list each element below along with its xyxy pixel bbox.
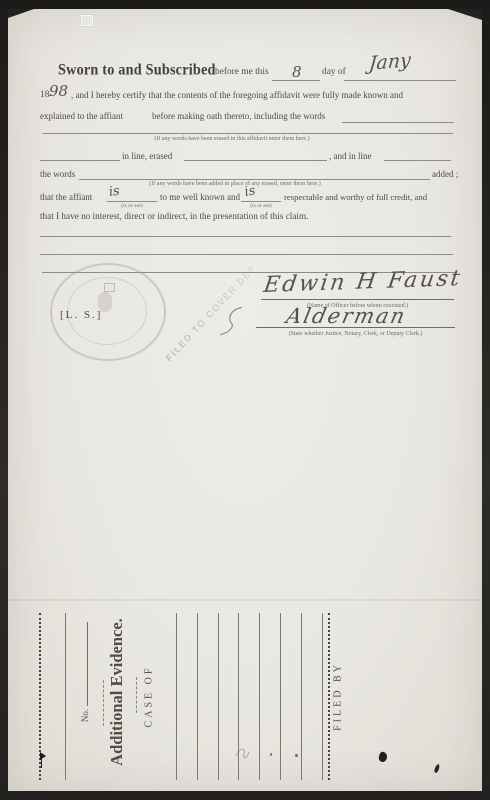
capacity-signature-rule	[256, 327, 455, 328]
capacity-signature-caption: (State whether Justice, Notary, Clerk, o…	[256, 331, 455, 338]
ink-dot-1	[270, 753, 272, 756]
erased-words-caption: (If any words have been erased in this a…	[112, 136, 352, 143]
no-interest-line: that I have no interest, direct or indir…	[40, 211, 308, 221]
is-or-are-caption-1: (is or are)	[107, 203, 157, 209]
ink-dot-2	[295, 754, 298, 757]
docket-rule-4	[218, 613, 219, 780]
certify-line: , and I hereby certify that the contents…	[71, 90, 403, 100]
year-printed-prefix: 18	[40, 90, 49, 100]
the-words-label: the words	[40, 169, 75, 179]
docket-filed-by-label: FILED BY	[333, 657, 346, 737]
and-in-line-label: , and in line	[329, 151, 372, 161]
docket-dash-rule-b	[136, 677, 137, 713]
affiant-blank-rule-1	[107, 201, 157, 202]
in-line-erased-label: in line, erased	[122, 151, 172, 161]
erased-blank-rule	[184, 160, 327, 161]
affiant-line-prefix: that the affiant	[40, 192, 92, 202]
month-blank-rule	[344, 80, 456, 81]
added-label: added ;	[432, 169, 458, 179]
is-or-are-caption-2: (is or are)	[239, 203, 283, 209]
added-words-caption: (If any words have been added in place o…	[70, 181, 400, 188]
docket-rule-7	[280, 613, 281, 780]
pencil-squiggle	[234, 742, 250, 760]
explained-line-left: explained to the affiant	[40, 111, 123, 121]
explained-line-right: before making oath thereto, including th…	[152, 111, 325, 121]
handwritten-month: Jany	[368, 49, 412, 75]
docket-no-underline	[87, 622, 88, 706]
docket-rule-8	[301, 613, 302, 780]
officer-signature-rule	[261, 299, 454, 300]
docket-no-label: No.	[80, 709, 90, 722]
affiant-line-suffix: respectable and worthy of full credit, a…	[284, 192, 427, 202]
blank-rule-2	[40, 254, 453, 255]
docket-rule-2	[176, 613, 177, 780]
docket-case-of-label: CASE OF	[144, 657, 157, 737]
handwritten-day: 8	[292, 63, 302, 81]
erased-words-rule	[43, 133, 453, 134]
including-words-rule	[342, 122, 454, 123]
docket-rule-6	[259, 613, 260, 780]
handwritten-year: 98	[49, 82, 68, 100]
scanned-affidavit-page: Sworn to and Subscribed before me this 8…	[0, 0, 490, 800]
docket-no-field: No.	[80, 612, 96, 732]
notary-seal-center-mark	[104, 283, 115, 292]
certification-title: Sworn to and Subscribed	[58, 62, 216, 80]
capacity-signature: Alderman	[284, 304, 409, 328]
docket-title: Additional Evidence.	[107, 612, 127, 772]
added-words-rule	[79, 179, 430, 180]
affiant-line-middle: to me well known and	[160, 192, 240, 202]
docket-rule-9	[322, 613, 323, 780]
docket-dotted-rule-right	[328, 613, 330, 780]
affiant-blank-rule-2	[241, 201, 281, 202]
blank-rule-1	[40, 236, 451, 237]
docket-dash-rule-a	[103, 680, 104, 726]
handwritten-is-1: is	[108, 184, 121, 200]
line-number-rule-1	[40, 160, 120, 161]
docket-rule-1	[65, 613, 66, 780]
before-me-this-label: before me this	[215, 67, 269, 77]
day-of-label: day of	[322, 67, 346, 77]
fold-crease	[8, 599, 482, 601]
paper-blemish-mark	[81, 15, 93, 26]
ls-seal-mark: [L. S.]	[60, 309, 102, 321]
ink-speck-flag-tail	[41, 758, 42, 768]
docket-rule-3	[197, 613, 198, 780]
handwritten-is-2: is	[243, 183, 256, 200]
line-number-rule-2	[384, 160, 451, 161]
